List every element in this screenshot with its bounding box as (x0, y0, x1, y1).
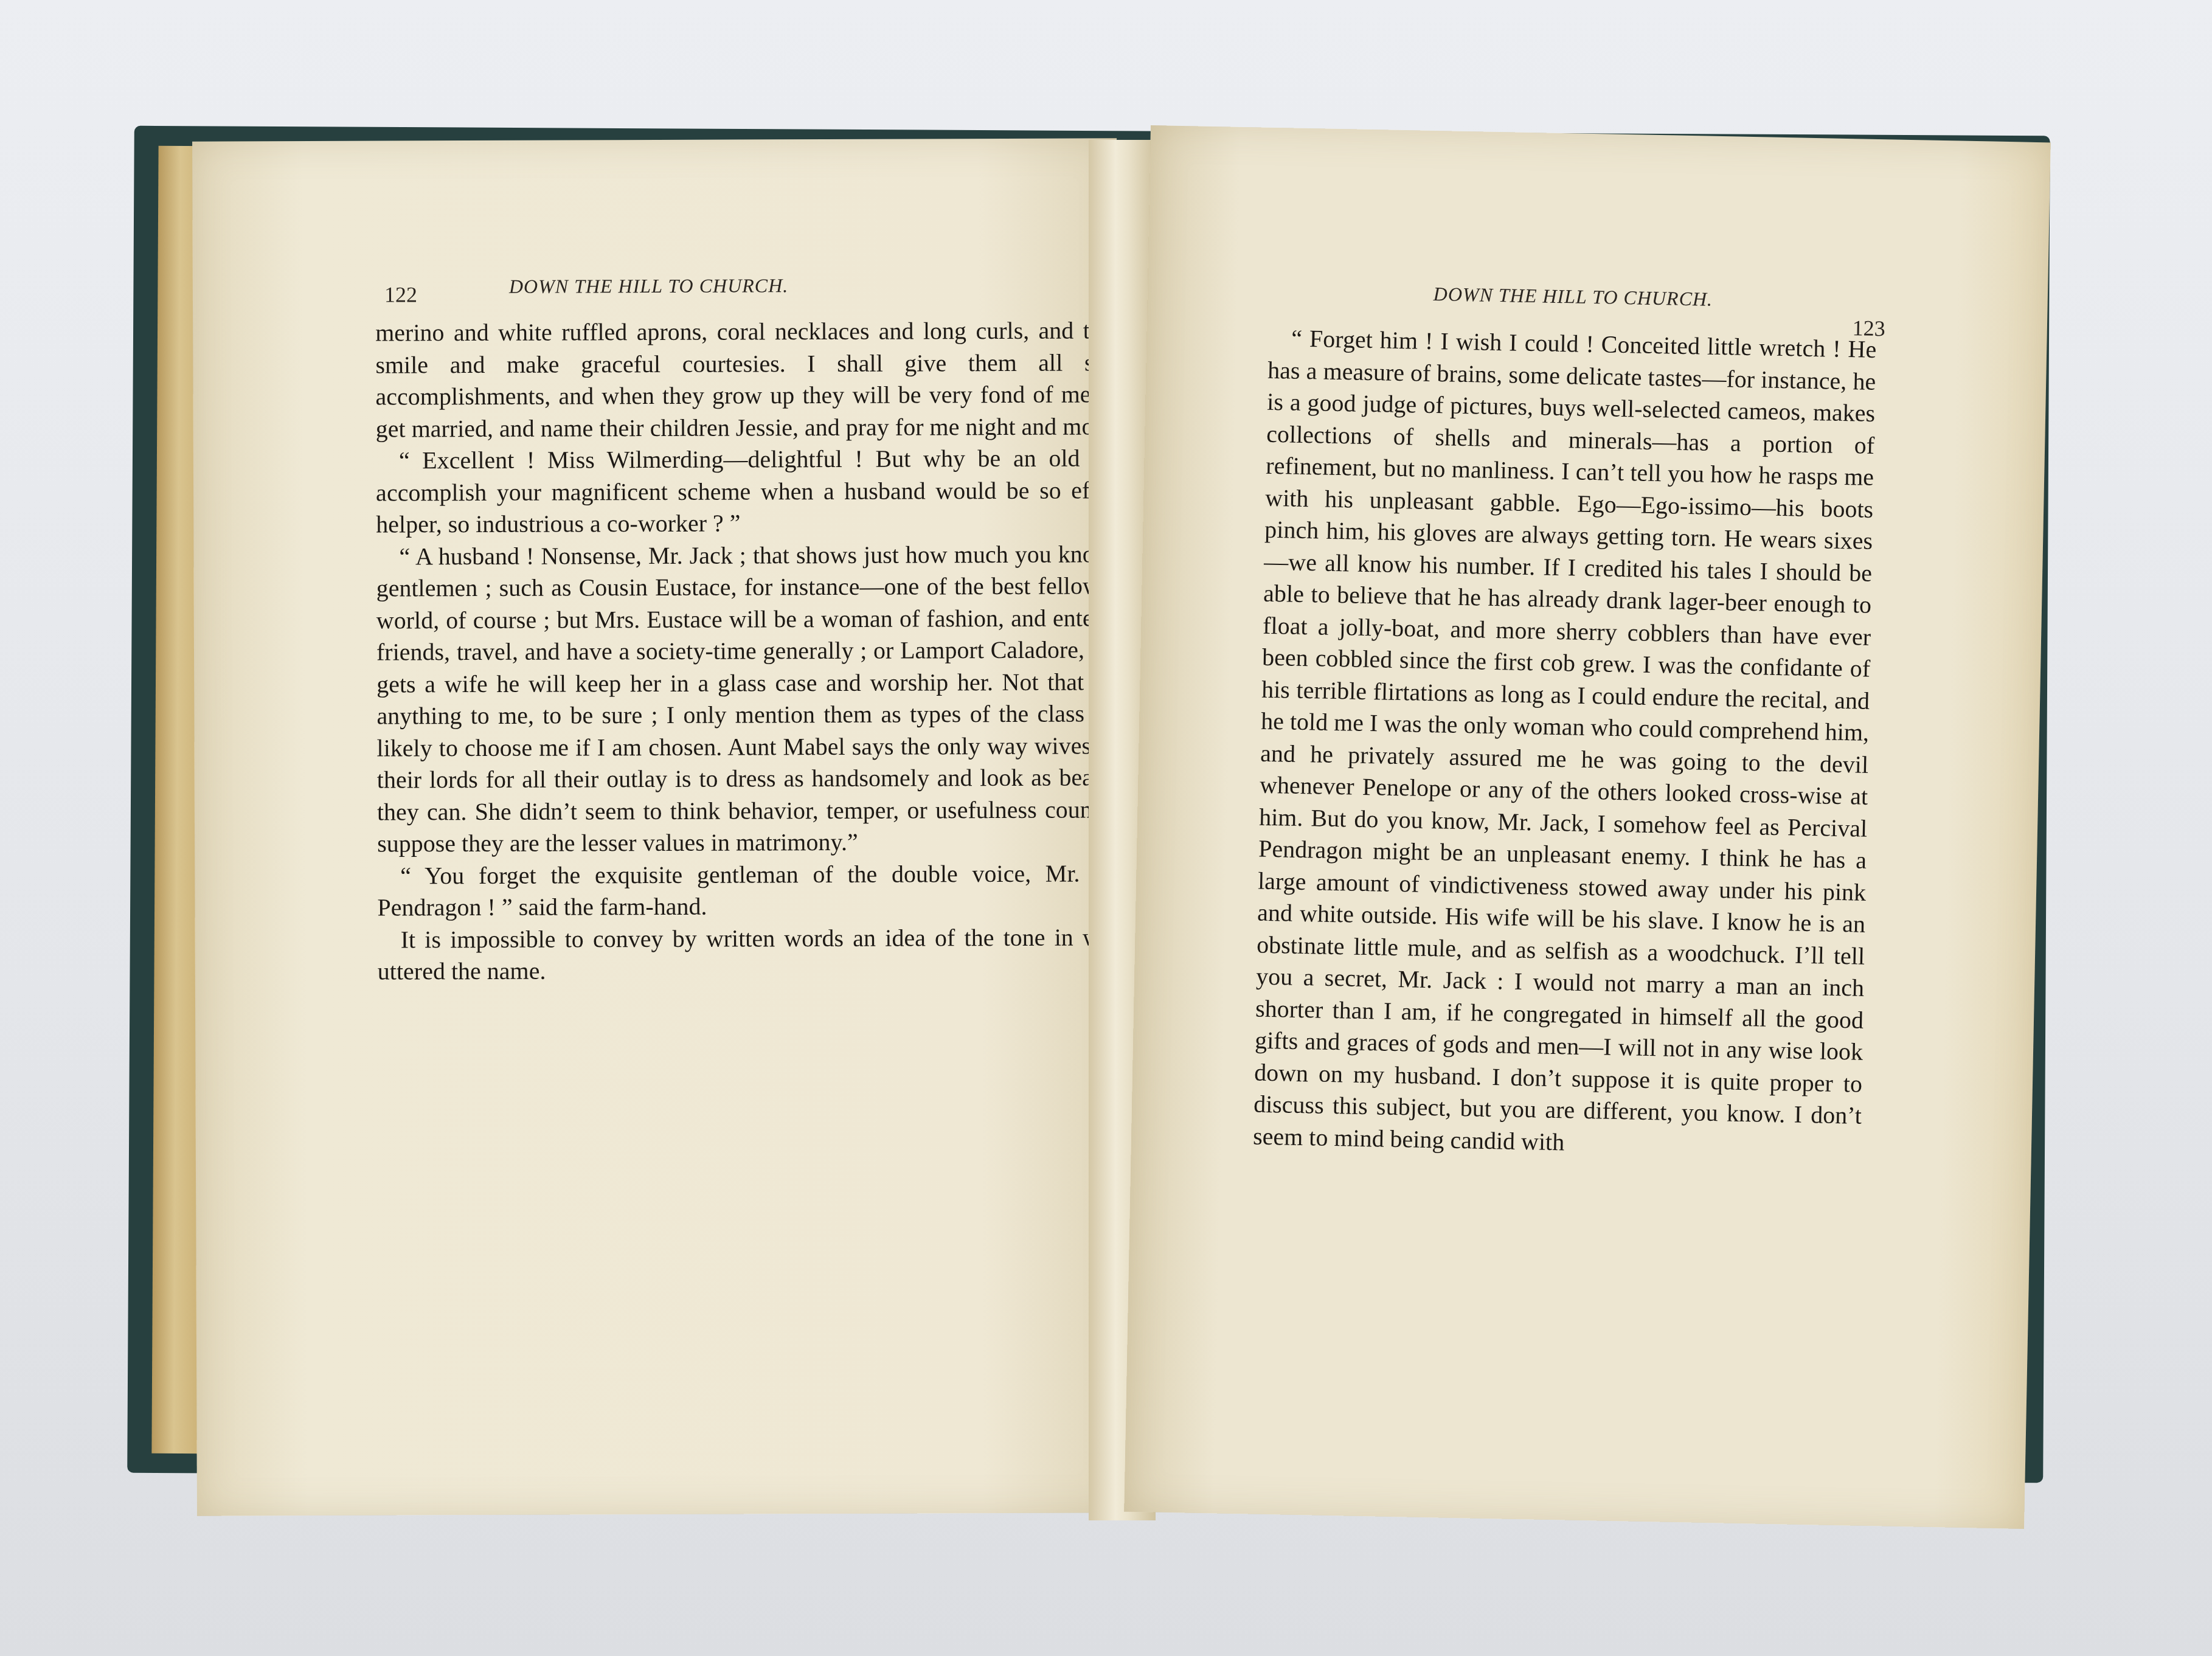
paragraph: “ Excellent ! Miss Wilmerding—delightful… (376, 442, 1173, 541)
paragraph: “ A husband ! Nonsense, Mr. Jack ; that … (376, 538, 1174, 861)
left-page-text: merino and white ruffled aprons, coral n… (375, 314, 1174, 988)
right-page-text: “ Forget him ! I wish I could ! Conceite… (1253, 322, 1877, 1164)
paragraph: “ Forget him ! I wish I could ! Conceite… (1253, 322, 1877, 1164)
paragraph: merino and white ruffled aprons, coral n… (375, 314, 1173, 445)
page-number-left: 122 (384, 282, 417, 307)
paragraph: “ You forget the exquisite gentleman of … (377, 857, 1174, 924)
right-page: DOWN THE HILL TO CHURCH. 123 “ Forget hi… (1124, 125, 2050, 1529)
left-page: 122 DOWN THE HILL TO CHURCH. merino and … (192, 138, 1122, 1516)
running-head-left: DOWN THE HILL TO CHURCH. (509, 274, 788, 298)
running-head-right: DOWN THE HILL TO CHURCH. (1433, 283, 1713, 311)
paragraph: It is impossible to convey by written wo… (378, 921, 1174, 988)
